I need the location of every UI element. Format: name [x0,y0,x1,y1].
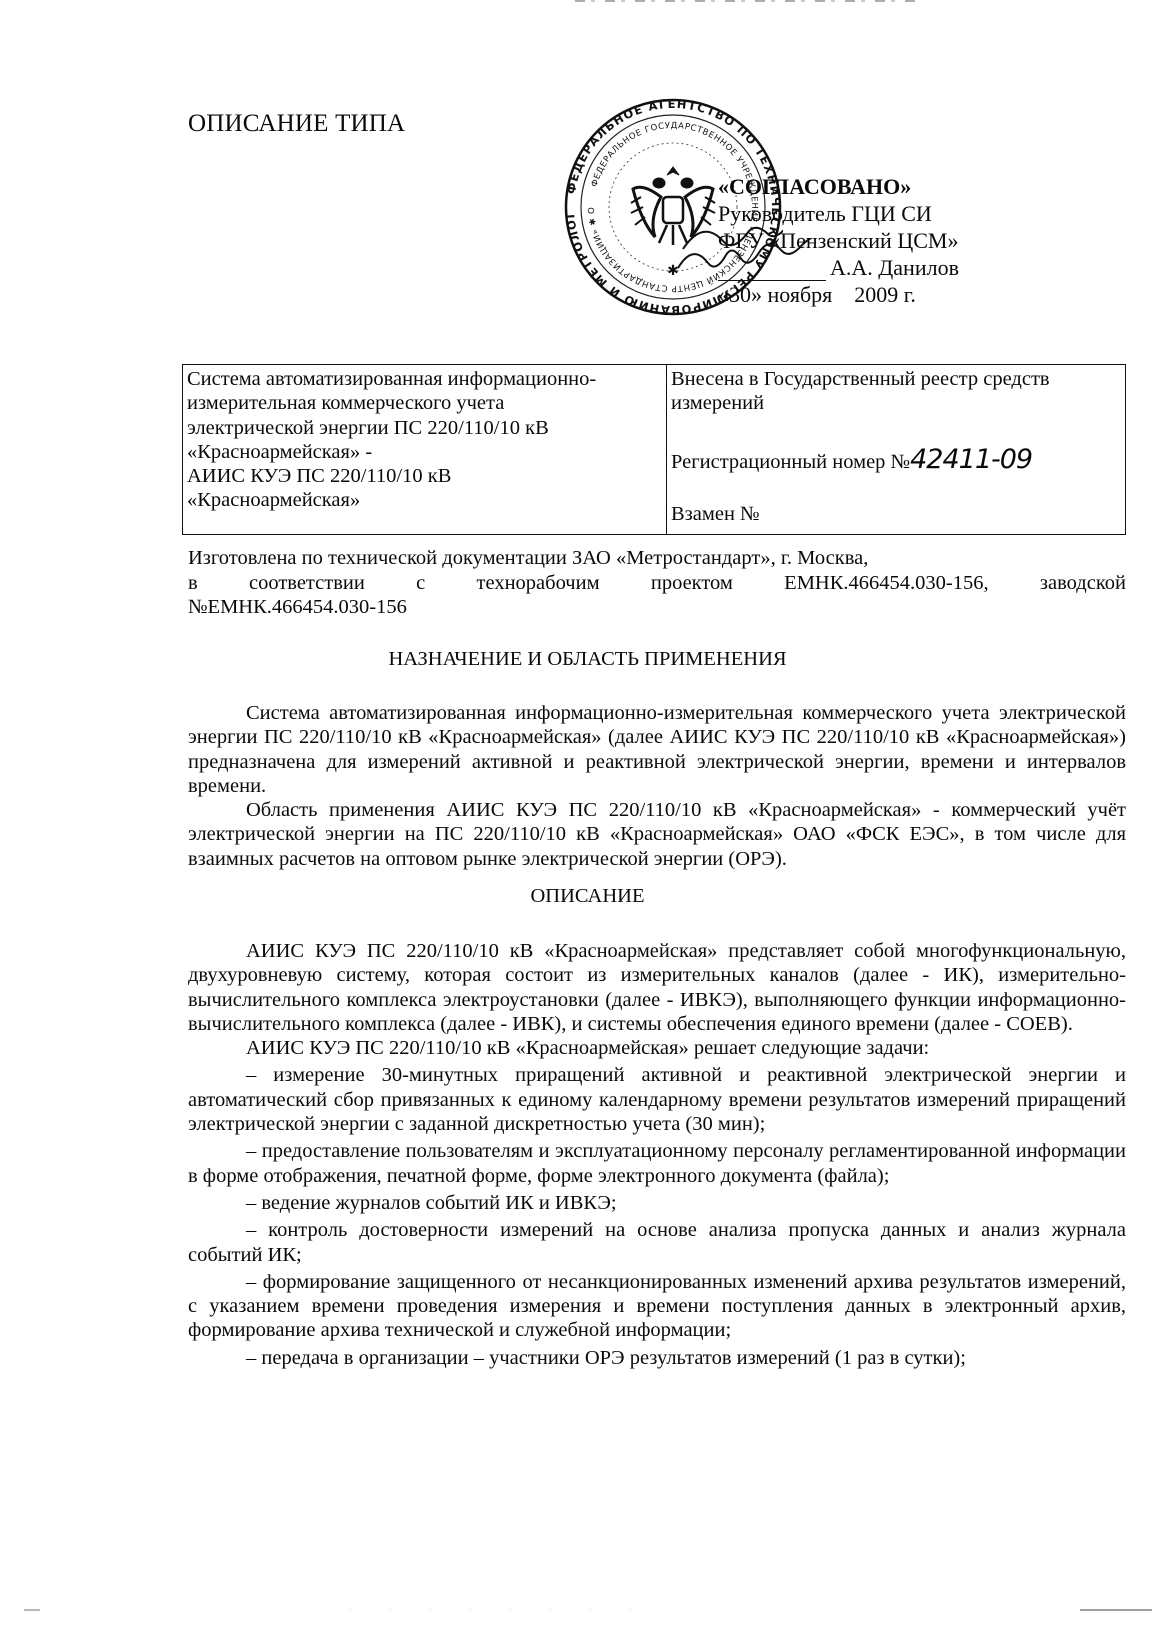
word: проектом [651,571,733,596]
registration-number-row: Регистрационный номер №42411-09 [671,448,1032,474]
tasks-intro: АИИС КУЭ ПС 220/110/10 кВ «Красноармейск… [188,1036,1126,1060]
system-name-line: измерительная коммерческого учета [187,391,662,415]
word: с [416,571,425,596]
scan-artifact-bottom-right [1080,1609,1152,1611]
scan-artifact-bottom-left [24,1609,40,1611]
scope-paragraph: Область применения АИИС КУЭ ПС 220/110/1… [188,798,1126,871]
task-item: – ведение журналов событий ИК и ИВКЭ; [188,1191,1126,1215]
purpose-paragraph: Система автоматизированная информационно… [188,701,1126,798]
approval-signatory: А.А. Данилов [830,255,959,280]
task-item: – предоставление пользователям и эксплуа… [188,1139,1126,1188]
system-name-line: Система автоматизированная информационно… [187,367,662,391]
registry-line: измерений [671,391,1121,415]
system-name-line: АИИС КУЭ ПС 220/110/10 кВ [187,464,662,488]
word: технорабочим [477,571,600,596]
system-name-cell: Система автоматизированная информационно… [183,365,667,534]
approval-date: «30» ноября 2009 г. [718,281,959,308]
section-heading-purpose: НАЗНАЧЕНИЕ И ОБЛАСТЬ ПРИМЕНЕНИЯ [0,648,1175,671]
date-month: ноября [768,282,833,307]
registry-cell: Внесена в Государственный реестр средств… [667,365,1125,534]
approval-heading: «СОГЛАСОВАНО» [718,173,959,200]
handwritten-signature-icon [668,238,838,278]
approval-block: «СОГЛАСОВАНО» Руководитель ГЦИ СИ ФГУ «П… [718,173,959,308]
system-name-line: «Красноармейская» - [187,440,662,464]
scan-artifact-bottom-center [350,1609,650,1610]
word: ЕМНК.466454.030-156, [784,571,988,596]
section-heading-description: ОПИСАНИЕ [0,885,1175,908]
manufacturer-line: Изготовлена по технической документации … [188,546,1126,571]
task-item: – контроль достоверности измерений на ос… [188,1218,1126,1267]
task-item: – измерение 30-минутных приращений актив… [188,1063,1126,1136]
word: в [188,571,198,596]
scan-artifact-top [575,0,915,2]
task-item: – передача в организации – участники ОРЭ… [188,1346,1126,1370]
document-title: ОПИСАНИЕ ТИПА [188,110,405,138]
registration-label: Регистрационный номер № [671,451,910,473]
system-name-line: «Красноармейская» [187,488,662,512]
serial-number: №ЕМНК.466454.030-156 [188,595,1126,620]
task-item: – формирование защищенного от несанкцион… [188,1270,1126,1343]
date-day: «30» [718,282,762,307]
manufacturer-info: Изготовлена по технической документации … [188,546,1126,620]
replaces-label: Взамен № [671,502,760,526]
system-name-line: электрической энергии ПС 220/110/10 кВ [187,416,662,440]
signature-line [718,260,826,281]
description-paragraph: АИИС КУЭ ПС 220/110/10 кВ «Красноармейск… [188,939,1126,1036]
registry-line: Внесена в Государственный реестр средств [671,367,1121,391]
approval-signature-row: А.А. Данилов [718,254,959,281]
word: соответствии [249,571,365,596]
purpose-body: Система автоматизированная информационно… [188,701,1126,871]
registration-number-handwritten: 42411-09 [910,444,1032,475]
manufacturer-line-justified: в соответствии с технорабочим проектом Е… [188,571,1126,596]
approval-role: Руководитель ГЦИ СИ [718,200,959,227]
word: заводской [1040,571,1126,596]
description-body: АИИС КУЭ ПС 220/110/10 кВ «Красноармейск… [188,939,1126,1370]
date-year: 2009 г. [854,282,916,307]
info-table: Система автоматизированная информационно… [182,364,1126,535]
